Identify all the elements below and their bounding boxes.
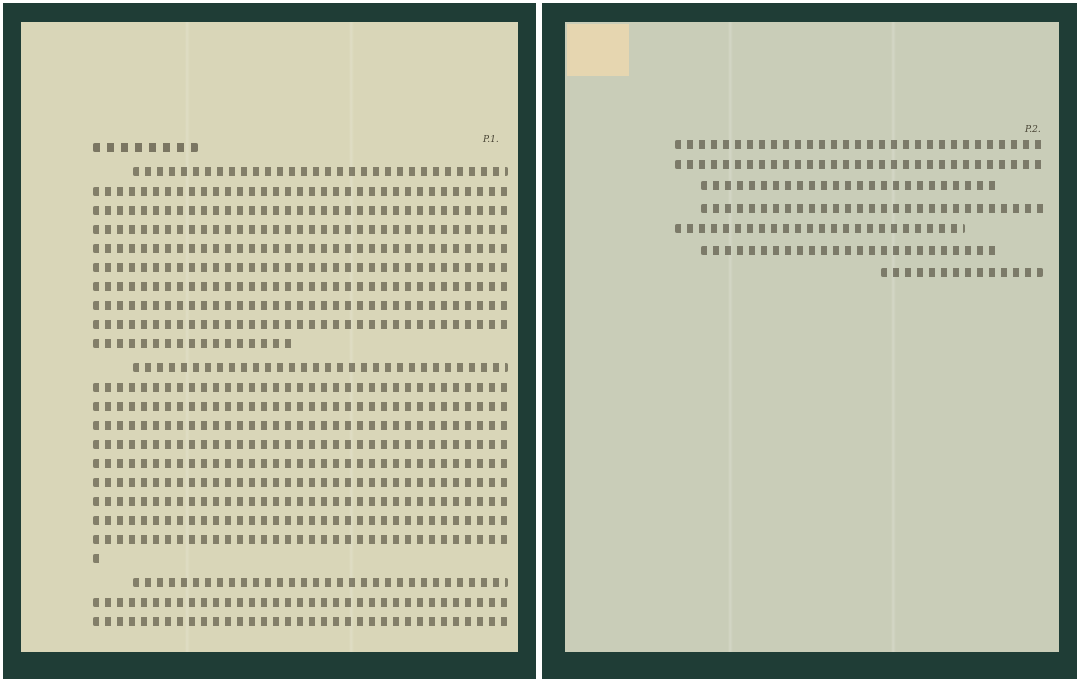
right-page-mount: P.2. xyxy=(542,3,1077,679)
handwritten-line xyxy=(93,497,508,506)
handwriting-ink xyxy=(93,516,508,525)
handwritten-line xyxy=(93,554,105,563)
left-page-mount: P.1. xyxy=(3,3,536,679)
handwritten-line xyxy=(701,246,1001,255)
handwritten-line xyxy=(93,459,508,468)
handwriting-ink xyxy=(93,206,508,215)
handwriting-ink xyxy=(93,301,508,310)
handwriting-ink xyxy=(93,320,508,329)
page-number-marker: P.2. xyxy=(1025,125,1041,135)
handwritten-line xyxy=(93,301,508,310)
handwriting-ink xyxy=(675,140,1047,149)
page-number-marker: P.1. xyxy=(483,135,499,145)
handwriting-ink xyxy=(93,497,508,506)
handwriting-ink xyxy=(675,224,965,233)
handwritten-line xyxy=(701,181,1001,190)
handwriting-ink xyxy=(93,535,508,544)
handwritten-line xyxy=(93,478,508,487)
handwritten-line xyxy=(675,160,1047,169)
handwritten-line xyxy=(93,402,508,411)
letter-page-2: P.2. xyxy=(565,22,1059,652)
handwritten-line xyxy=(93,282,508,291)
handwritten-line xyxy=(93,421,508,430)
handwriting-ink xyxy=(881,268,1043,277)
handwriting-ink xyxy=(93,478,508,487)
handwriting-ink xyxy=(93,421,508,430)
handwriting-ink xyxy=(93,617,508,626)
salutation-line xyxy=(93,143,198,152)
handwriting-ink xyxy=(93,282,508,291)
handwritten-line xyxy=(701,204,1047,213)
handwritten-line xyxy=(93,263,508,272)
handwritten-line xyxy=(133,578,508,587)
handwritten-line xyxy=(93,225,508,234)
paper-stain xyxy=(567,24,629,76)
handwriting-ink xyxy=(93,459,508,468)
handwritten-line xyxy=(93,617,508,626)
handwriting-ink xyxy=(93,402,508,411)
handwriting-ink xyxy=(93,383,508,392)
handwritten-line xyxy=(93,206,508,215)
handwritten-line xyxy=(93,440,508,449)
handwriting-ink xyxy=(701,204,1047,213)
handwriting-ink xyxy=(93,263,508,272)
handwriting-ink xyxy=(93,554,105,563)
handwriting-ink xyxy=(93,440,508,449)
handwritten-line xyxy=(133,167,508,176)
handwritten-line xyxy=(675,224,965,233)
handwriting-ink xyxy=(93,598,508,607)
handwriting-ink xyxy=(133,363,508,372)
handwritten-line xyxy=(93,516,508,525)
handwriting-ink xyxy=(93,244,508,253)
handwritten-line xyxy=(675,140,1047,149)
handwritten-line xyxy=(93,383,508,392)
handwritten-line xyxy=(93,339,293,348)
letter-page-1: P.1. xyxy=(21,22,518,652)
handwriting-ink xyxy=(93,339,293,348)
handwriting-ink xyxy=(701,246,1001,255)
handwritten-line xyxy=(133,363,508,372)
handwriting-ink xyxy=(701,181,1001,190)
handwritten-line xyxy=(93,320,508,329)
handwriting-ink xyxy=(93,143,198,152)
handwritten-line xyxy=(881,268,1043,277)
handwriting-ink xyxy=(133,167,508,176)
handwritten-line xyxy=(93,187,508,196)
handwritten-line xyxy=(93,535,508,544)
handwriting-ink xyxy=(133,578,508,587)
handwriting-ink xyxy=(93,187,508,196)
handwritten-line xyxy=(93,244,508,253)
handwriting-ink xyxy=(675,160,1047,169)
handwriting-ink xyxy=(93,225,508,234)
handwritten-line xyxy=(93,598,508,607)
